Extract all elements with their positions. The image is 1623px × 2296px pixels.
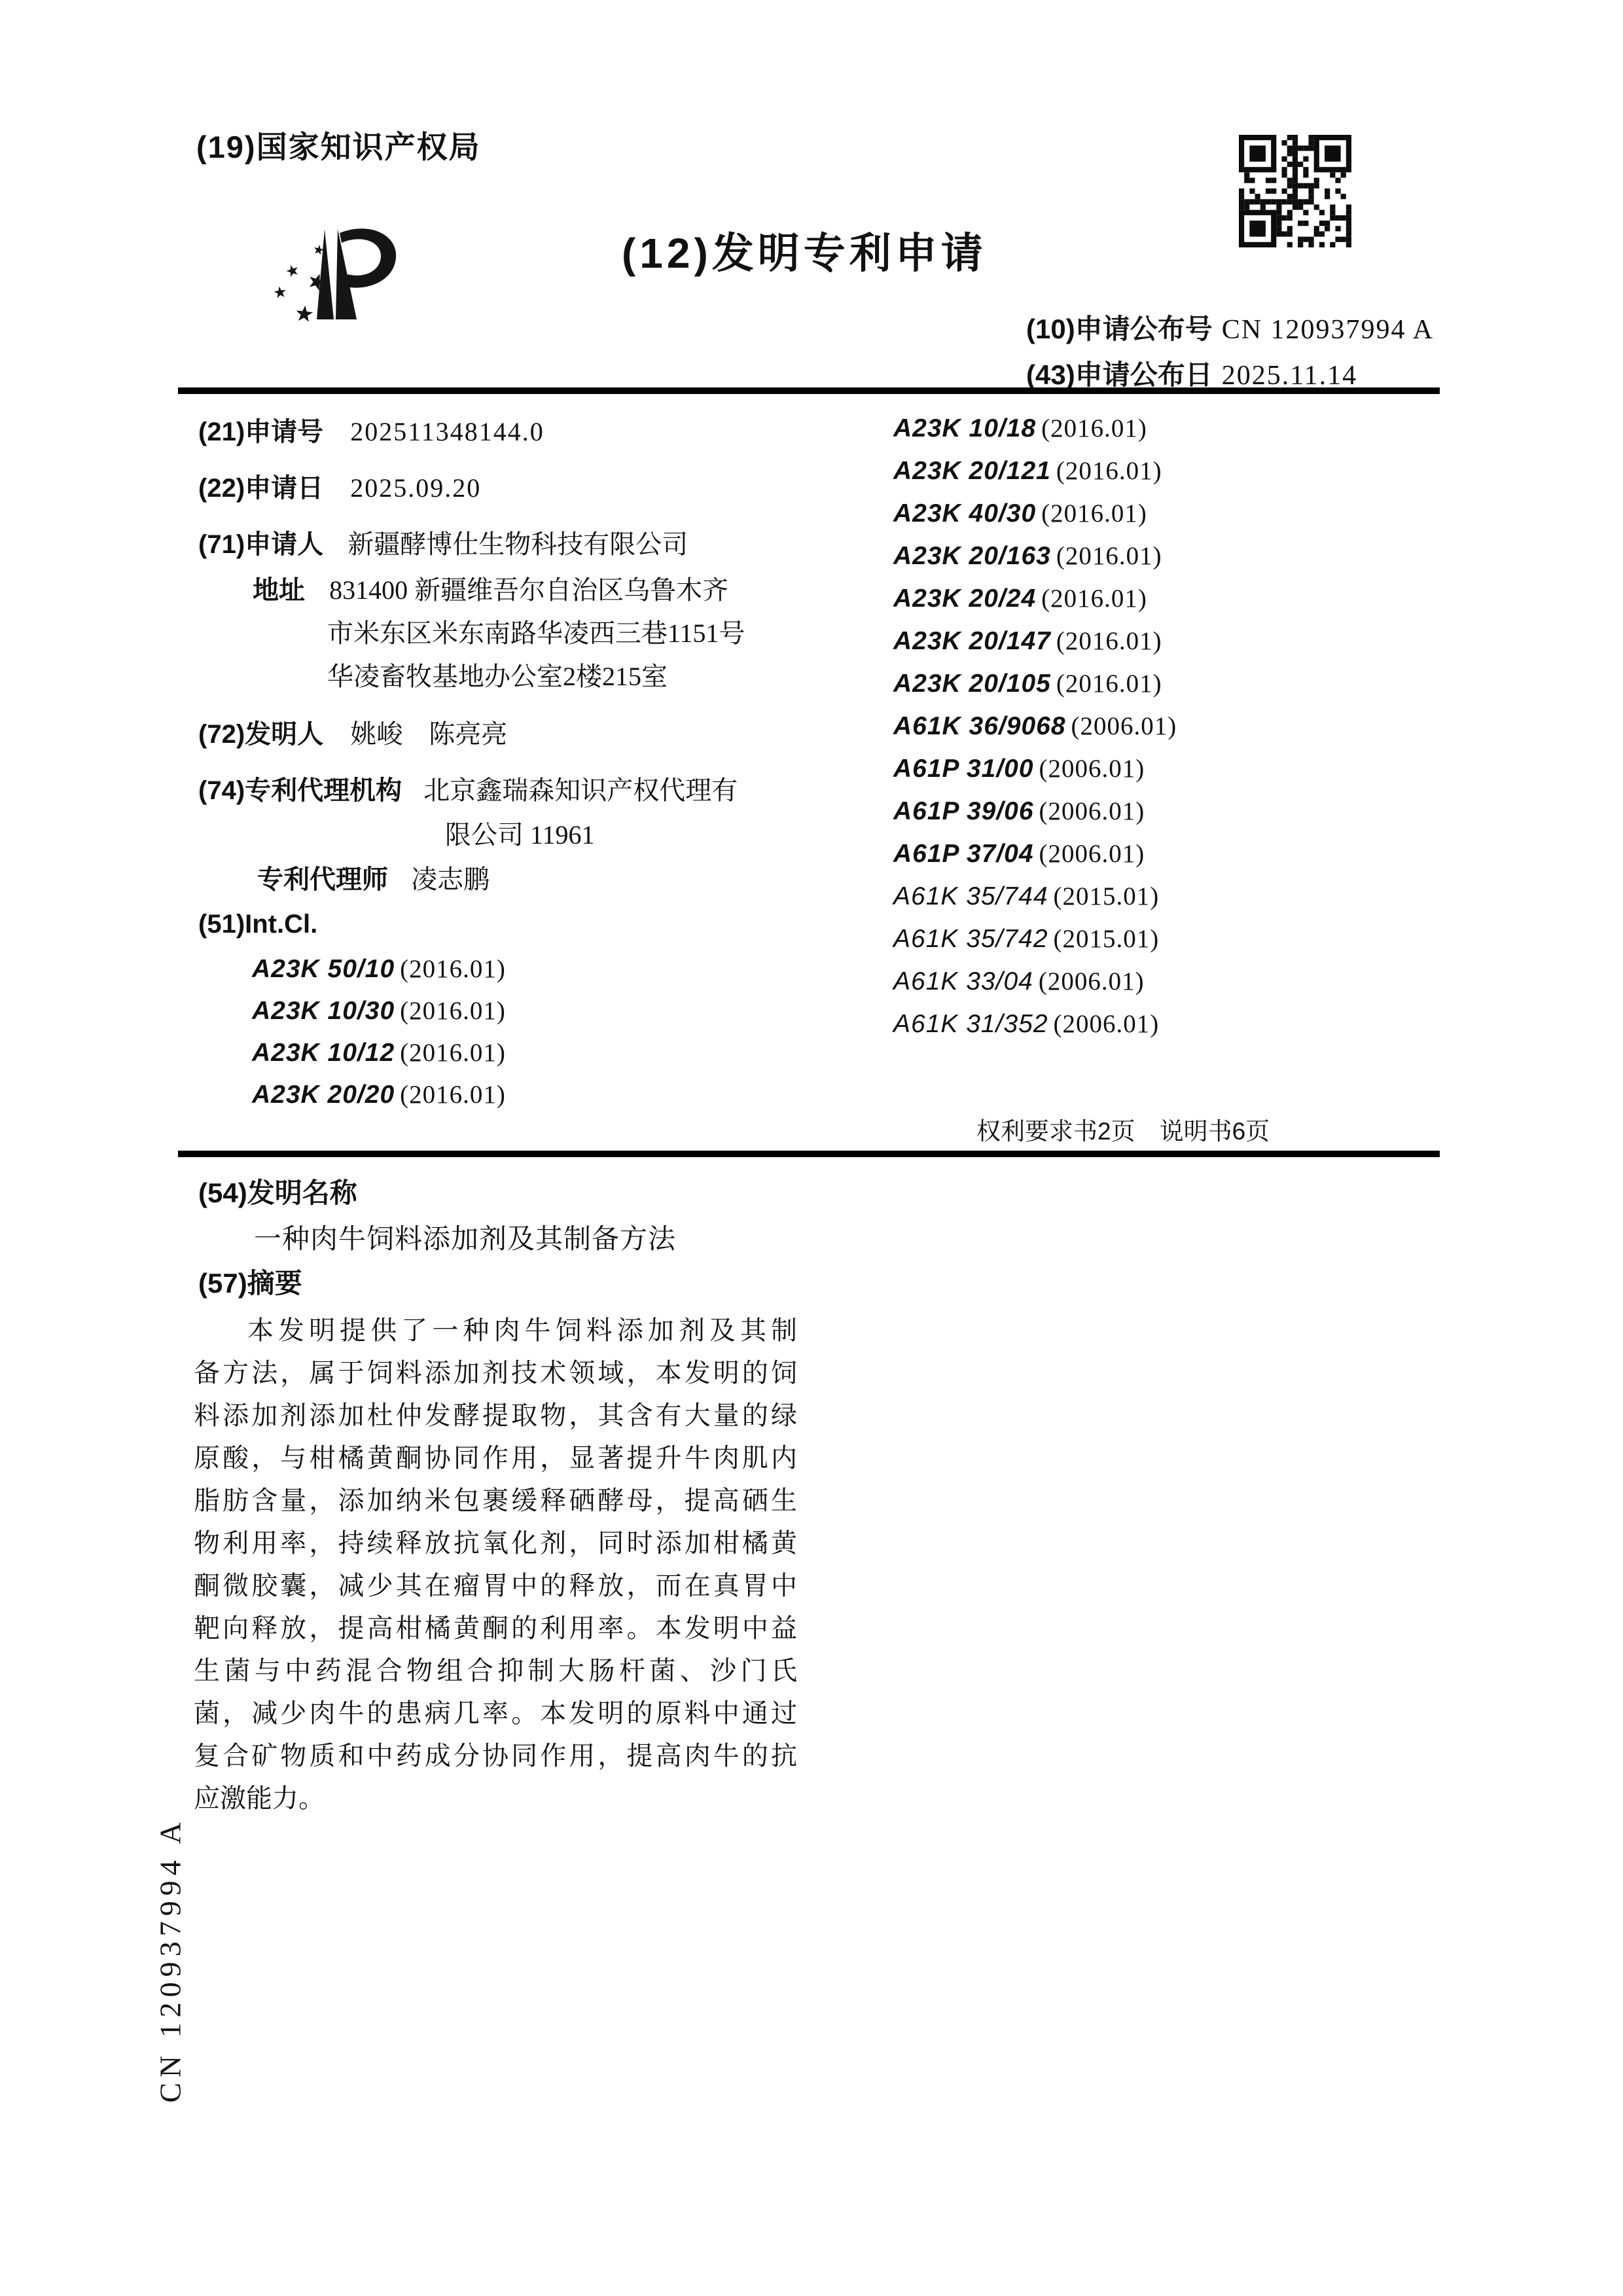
applicant-label: (71)申请人 — [198, 530, 323, 559]
patent-front-page: (19)国家知识产权局 (12)发明专利申请 (10)申请公布号CN 12093… — [0, 0, 1623, 2296]
abstract-text: 本发明提供了一种肉牛饲料添加剂及其制 备方法，属于饲料添加剂技术领域，本发明的饲… — [194, 1309, 797, 1820]
agency-name-line-1: 北京鑫瑞森知识产权代理有 — [423, 776, 738, 805]
intcl-label: (51)Int.Cl. — [198, 910, 317, 939]
publication-number-label: (10)申请公布号 — [1026, 314, 1213, 344]
intcl-date: (2016.01) — [1041, 414, 1147, 442]
intcl-code: A23K 20/147 — [893, 627, 1051, 655]
inventors-names: 姚峻 陈亮亮 — [350, 719, 507, 749]
publication-date-label: (43)申请公布日 — [1026, 359, 1213, 390]
intcl-entry: A23K 50/10(2016.01) — [252, 954, 506, 984]
abstract-label: (57)摘要 — [198, 1262, 302, 1301]
intcl-entry: A23K 20/163(2016.01) — [893, 541, 1162, 571]
cnipa-logo-icon — [257, 217, 420, 342]
intcl-date: (2006.01) — [1071, 712, 1177, 740]
abstract-line: 料添加剂添加杜仲发酵提取物，其含有大量的绿 — [194, 1394, 797, 1437]
intcl-entry: A23K 40/30(2016.01) — [893, 499, 1147, 528]
intcl-entry: A61K 33/04(2006.01) — [893, 967, 1145, 996]
address-line-3: 华凌畜牧基地办公室2楼215室 — [327, 656, 668, 693]
intcl-code: A61K 36/9068 — [893, 712, 1066, 740]
intcl-date: (2016.01) — [1056, 542, 1162, 570]
abstract-line: 备方法，属于饲料添加剂技术领域，本发明的饲 — [194, 1352, 797, 1394]
abstract-line: 靶向释放，提高柑橘黄酮的利用率。本发明中益 — [194, 1607, 797, 1649]
intcl-code: A61K 33/04 — [893, 967, 1033, 996]
application-number-label: (21)申请号 — [198, 418, 323, 446]
application-number-row: (21)申请号 202511348144.0 — [198, 411, 544, 448]
pages-note: 权利要求书2页 说明书6页 — [976, 1111, 1270, 1147]
divider-middle — [178, 1151, 1440, 1157]
agency-name-line-2: 限公司 11961 — [445, 814, 595, 852]
intcl-code: A23K 20/20 — [252, 1081, 395, 1109]
intcl-date: (2006.01) — [1054, 1010, 1160, 1038]
application-date-row: (22)申请日 2025.09.20 — [198, 467, 481, 505]
intcl-entry: A61K 31/352(2006.01) — [893, 1009, 1159, 1039]
intcl-entry: A61K 36/9068(2006.01) — [893, 711, 1177, 741]
abstract-line: 本发明提供了一种肉牛饲料添加剂及其制 — [194, 1309, 797, 1352]
application-date: 2025.09.20 — [350, 473, 481, 503]
intcl-entry: A23K 10/12(2016.01) — [252, 1038, 506, 1067]
intcl-entry: A61K 35/744(2015.01) — [893, 882, 1159, 911]
abstract-line: 应激能力。 — [194, 1777, 797, 1820]
abstract-line: 原酸，与柑橘黄酮协同作用，显著提升牛肉肌内 — [194, 1437, 797, 1479]
intcl-code: A23K 50/10 — [252, 955, 395, 983]
intcl-entry: A61P 37/04(2006.01) — [893, 839, 1145, 869]
applicant-name: 新疆酵博仕生物科技有限公司 — [348, 529, 688, 559]
publication-date-row: (43)申请公布日2025.11.14 — [1026, 353, 1357, 393]
address-line-2: 市米东区米东南路华凌西三巷1151号 — [327, 613, 745, 650]
intcl-date: (2016.01) — [1056, 457, 1162, 485]
intcl-date: (2016.01) — [400, 955, 506, 983]
intcl-entry: A61P 31/00(2006.01) — [893, 754, 1145, 783]
intcl-date: (2015.01) — [1054, 925, 1160, 953]
invention-title: 一种肉牛饲料添加剂及其制备方法 — [254, 1217, 676, 1257]
intcl-code: A61P 37/04 — [893, 840, 1034, 868]
intcl-code: A23K 10/30 — [252, 997, 395, 1025]
intcl-date: (2016.01) — [400, 1081, 506, 1109]
intcl-date: (2006.01) — [1039, 755, 1145, 783]
abstract-line: 酮微胶囊，减少其在瘤胃中的释放，而在真胃中 — [194, 1564, 797, 1607]
sidebar-document-id: CN 120937994 A — [153, 1646, 188, 2274]
abstract-line: 复合矿物质和中药成分协同作用，提高肉牛的抗 — [194, 1734, 797, 1777]
intcl-code: A61K 35/742 — [893, 925, 1048, 953]
agent-row: 专利代理师 凌志鹏 — [257, 859, 490, 896]
intcl-entry: A61P 39/06(2006.01) — [893, 797, 1145, 826]
intcl-code: A23K 10/12 — [252, 1039, 395, 1067]
qr-code-icon — [1239, 135, 1351, 247]
abstract-line: 生菌与中药混合物组合抑制大肠杆菌、沙门氏 — [194, 1649, 797, 1692]
agency-label: (74)专利代理机构 — [198, 776, 402, 805]
publication-date: 2025.11.14 — [1222, 361, 1357, 391]
intcl-code: A61P 31/00 — [893, 755, 1034, 783]
intcl-code: A23K 20/105 — [893, 670, 1051, 698]
office-name: (19)国家知识产权局 — [196, 123, 481, 167]
applicant-row: (71)申请人 新疆酵博仕生物科技有限公司 — [198, 524, 688, 561]
intcl-entry: A23K 10/30(2016.01) — [252, 996, 506, 1026]
intcl-entry: A23K 20/105(2016.01) — [893, 669, 1162, 698]
abstract-line: 菌，减少肉牛的患病几率。本发明的原料中通过 — [194, 1692, 797, 1734]
inventors-row: (72)发明人 姚峻 陈亮亮 — [198, 713, 507, 751]
intcl-entry: A23K 20/20(2016.01) — [252, 1080, 506, 1109]
intcl-entry: A23K 20/24(2016.01) — [893, 584, 1147, 613]
publication-number-row: (10)申请公布号CN 120937994 A — [1026, 308, 1434, 347]
intcl-date: (2006.01) — [1039, 967, 1145, 996]
intcl-code: A23K 40/30 — [893, 499, 1036, 528]
inventors-label: (72)发明人 — [198, 720, 323, 749]
abstract-line: 脂肪含量，添加纳米包裹缓释硒酵母，提高硒生 — [194, 1479, 797, 1522]
intcl-date: (2015.01) — [1054, 882, 1160, 910]
address-row: 地址 831400 新疆维吾尔自治区乌鲁木齐 — [253, 569, 728, 607]
intcl-code: A61K 35/744 — [893, 882, 1048, 910]
intcl-code: A23K 20/24 — [893, 584, 1036, 613]
intcl-code: A61P 39/06 — [893, 797, 1034, 825]
publication-number: CN 120937994 A — [1222, 315, 1434, 345]
intcl-code: A23K 20/163 — [893, 542, 1051, 570]
invention-title-label: (54)发明名称 — [198, 1172, 357, 1211]
intcl-entry: A23K 20/121(2016.01) — [893, 456, 1162, 486]
intcl-date: (2006.01) — [1039, 840, 1145, 868]
divider-top — [178, 387, 1440, 394]
intcl-code: A23K 10/18 — [893, 414, 1036, 442]
intcl-date: (2016.01) — [400, 1039, 506, 1067]
address-label: 地址 — [253, 576, 305, 605]
address-line-1: 831400 新疆维吾尔自治区乌鲁木齐 — [329, 575, 728, 605]
agent-name: 凌志鹏 — [411, 865, 490, 894]
intcl-entry: A23K 10/18(2016.01) — [893, 414, 1147, 443]
agency-row: (74)专利代理机构 北京鑫瑞森知识产权代理有 — [198, 770, 738, 807]
intcl-date: (2016.01) — [1056, 670, 1162, 698]
intcl-date: (2016.01) — [400, 997, 506, 1025]
abstract-line: 物利用率，持续释放抗氧化剂，同时添加柑橘黄 — [194, 1522, 797, 1564]
application-date-label: (22)申请日 — [198, 474, 323, 503]
intcl-code: A23K 20/121 — [893, 457, 1051, 485]
intcl-date: (2016.01) — [1041, 499, 1147, 528]
document-kind-title: (12)发明专利申请 — [622, 220, 987, 280]
intcl-code: A61K 31/352 — [893, 1010, 1048, 1038]
intcl-entry: A61K 35/742(2015.01) — [893, 924, 1159, 954]
intcl-date: (2016.01) — [1041, 584, 1147, 613]
agent-label: 专利代理师 — [257, 865, 388, 894]
intcl-date: (2006.01) — [1039, 797, 1145, 825]
intcl-entry: A23K 20/147(2016.01) — [893, 626, 1162, 656]
intcl-date: (2016.01) — [1056, 627, 1162, 655]
application-number: 202511348144.0 — [350, 417, 544, 446]
